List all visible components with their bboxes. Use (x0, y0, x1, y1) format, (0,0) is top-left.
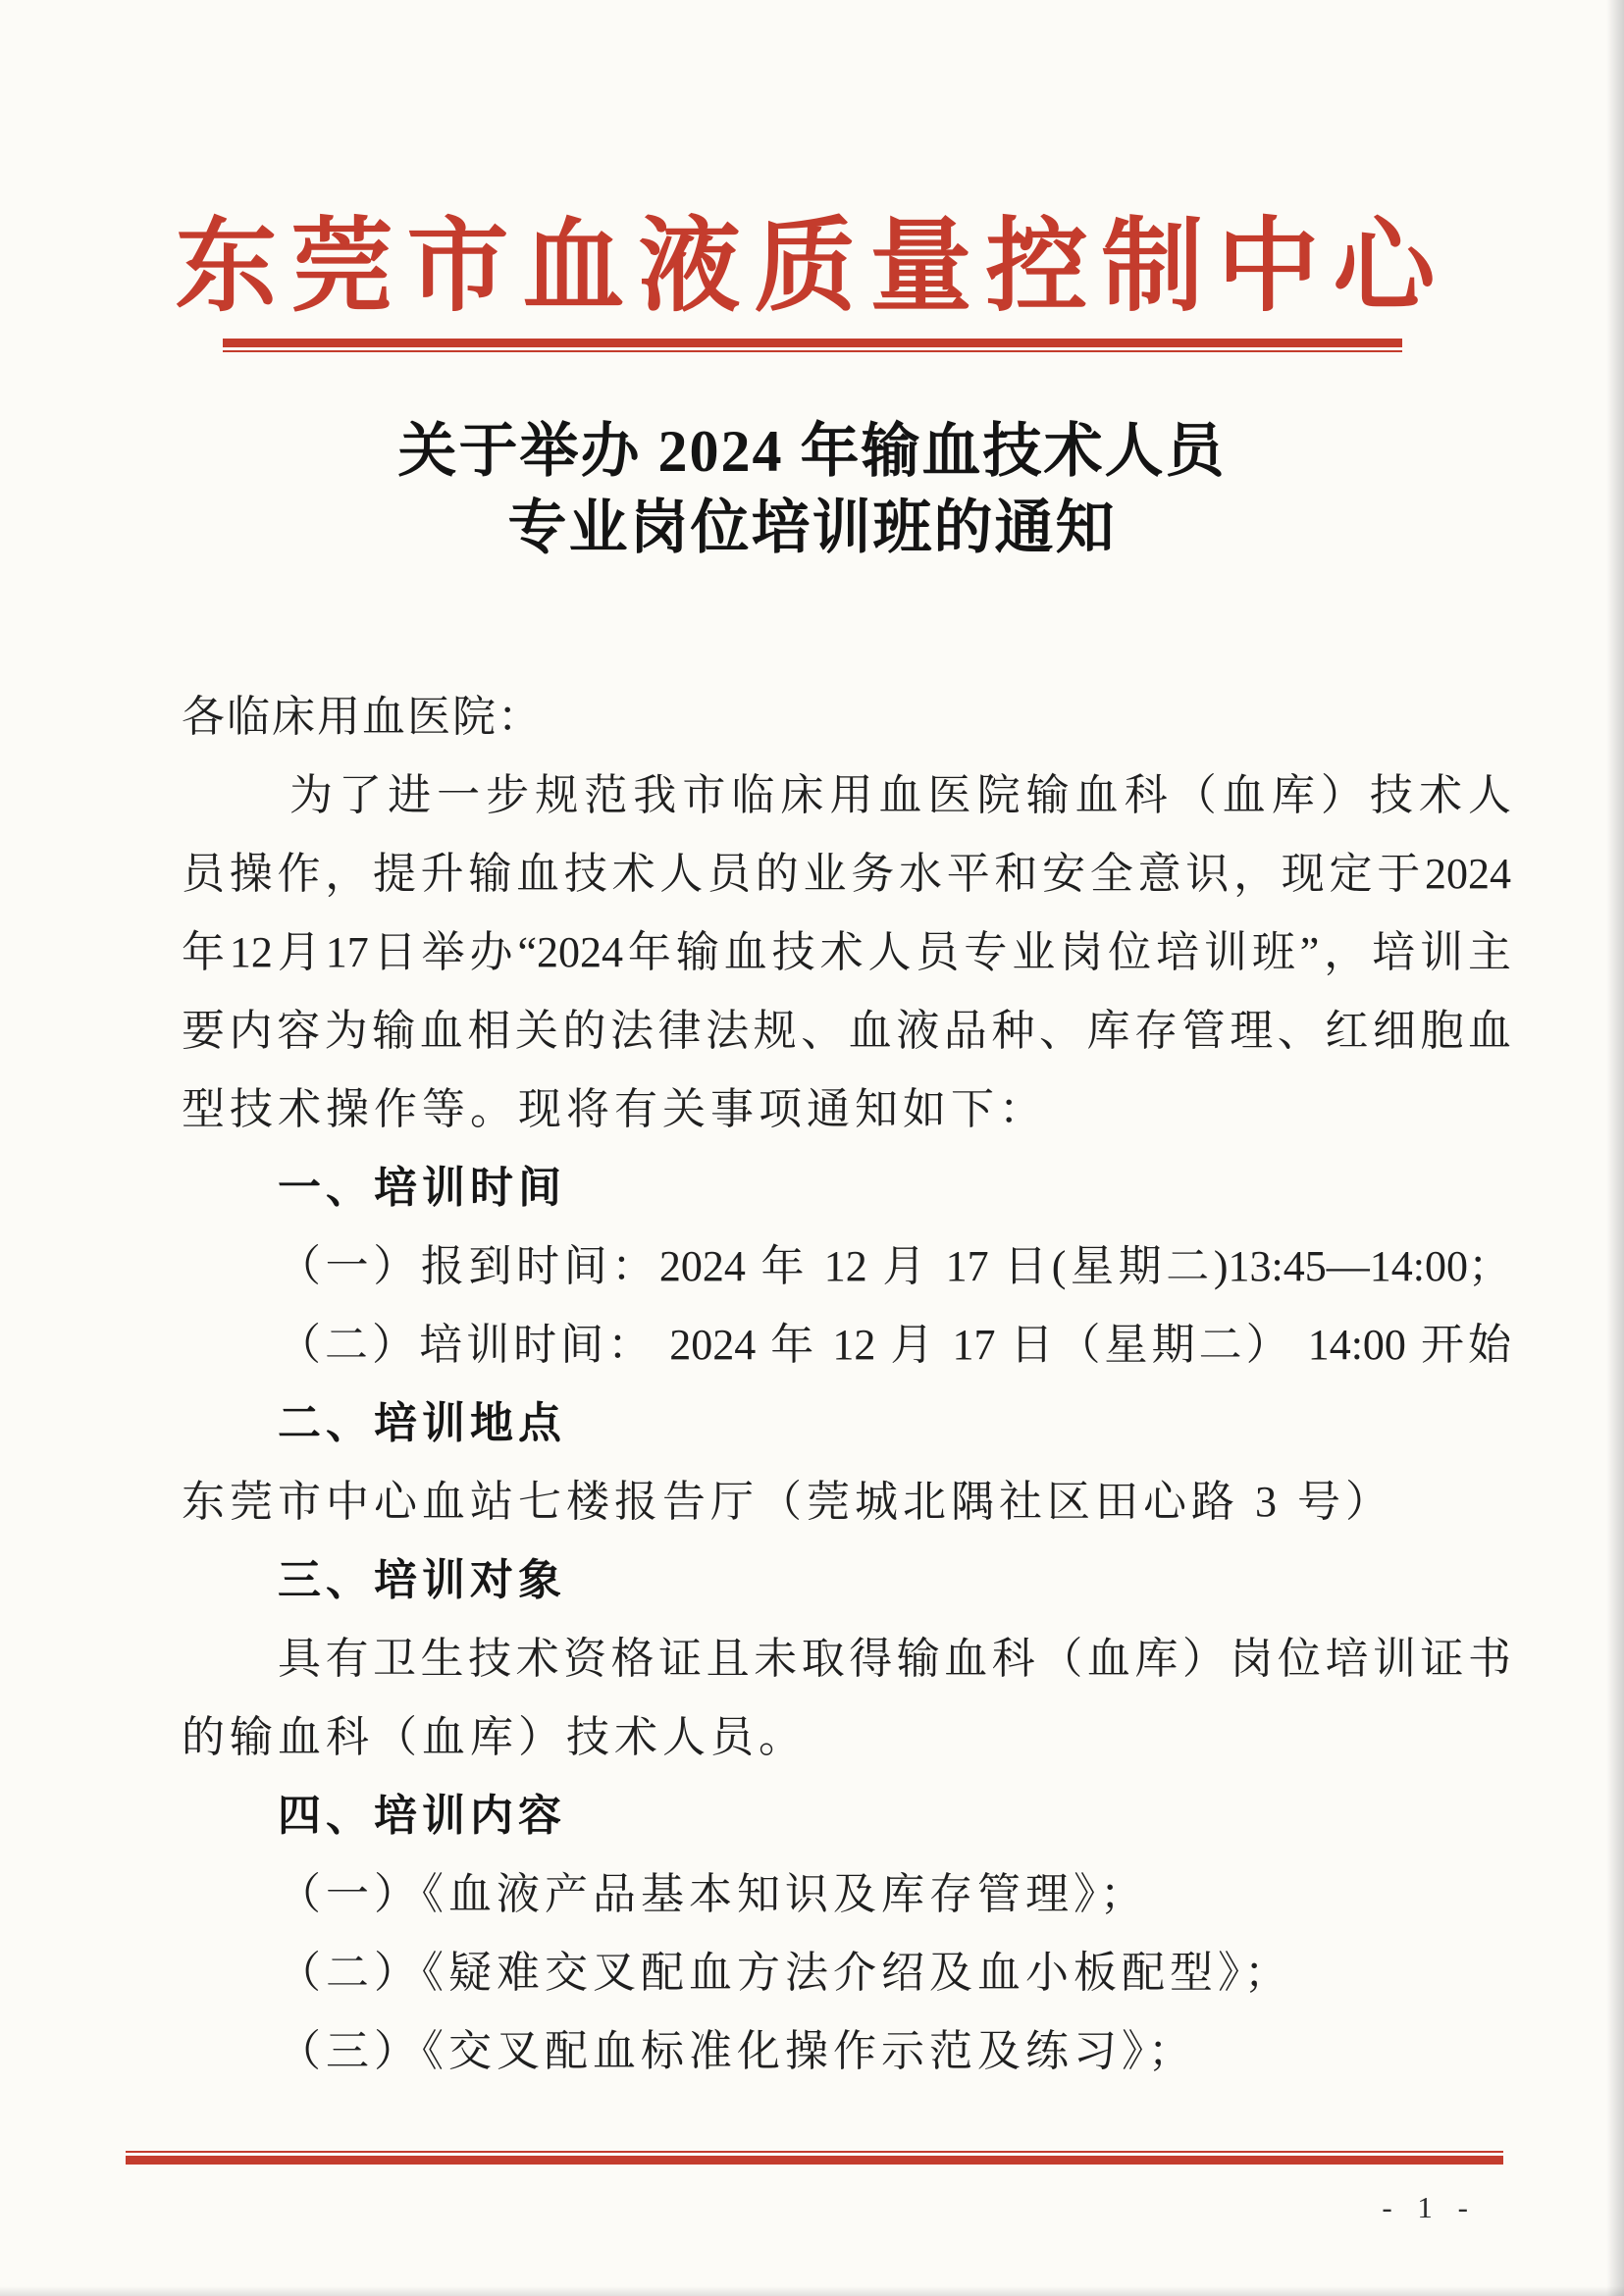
letterhead-rule-thick (223, 339, 1402, 347)
letterhead: 东莞市血液质量控制中心 (0, 0, 1624, 352)
section-item: （二）培训时间： 2024 年 12 月 17 日（星期二） 14:00 开始 (182, 1306, 1511, 1384)
intro-line: 年12月17日举办“2024年输血技术人员专业岗位培训班”，培训主 (182, 913, 1511, 992)
letterhead-title: 东莞市血液质量控制中心 (0, 196, 1624, 339)
section-item: 具有卫生技术资格证且未取得输血科（血库）岗位培训证书 (182, 1620, 1511, 1698)
section-item: 东莞市中心血站七楼报告厅（莞城北隅社区田心路 3 号） (182, 1463, 1511, 1541)
section-heading-training-audience: 三、培训对象 (182, 1541, 1511, 1620)
section-item: （二）《疑难交叉配血方法介绍及血小板配型》； (182, 1934, 1511, 2012)
section-heading-training-location: 二、培训地点 (182, 1384, 1511, 1463)
footer-rule-thin (126, 2151, 1503, 2153)
intro-line: 要内容为输血相关的法律法规、血液品种、库存管理、红细胞血 (182, 992, 1511, 1070)
document-title: 关于举办 2024 年输血技术人员 专业岗位培训班的通知 (0, 413, 1624, 566)
page-number: - 1 - (1382, 2190, 1477, 2225)
document-title-line1: 关于举办 2024 年输血技术人员 (0, 413, 1624, 490)
footer-rules (126, 2151, 1503, 2165)
salutation: 各临床用血医院： (182, 678, 1511, 757)
section-item: 的输血科（血库）技术人员。 (182, 1698, 1511, 1777)
section-heading-training-content: 四、培训内容 (182, 1777, 1511, 1855)
intro-line: 型技术操作等。现将有关事项通知如下： (182, 1070, 1511, 1149)
document-title-line2: 专业岗位培训班的通知 (0, 490, 1624, 566)
footer-rule-thick (126, 2156, 1503, 2165)
intro-line: 员操作，提升输血技术人员的业务水平和安全意识，现定于2024 (182, 835, 1511, 913)
letterhead-rules (223, 339, 1402, 352)
section-heading-training-time: 一、培训时间 (182, 1149, 1511, 1227)
letterhead-rule-thin (223, 350, 1402, 352)
section-item: （三）《交叉配血标准化操作示范及练习》； (182, 2012, 1511, 2091)
section-item: （一）《血液产品基本知识及库存管理》； (182, 1855, 1511, 1934)
document-page: 东莞市血液质量控制中心 关于举办 2024 年输血技术人员 专业岗位培训班的通知… (0, 0, 1624, 2296)
section-item: （一）报到时间：2024 年 12 月 17 日(星期二)13:45—14:00… (182, 1227, 1511, 1306)
intro-line: 为了进一步规范我市临床用血医院输血科（血库）技术人 (182, 757, 1511, 835)
document-body: 各临床用血医院： 为了进一步规范我市临床用血医院输血科（血库）技术人 员操作，提… (182, 678, 1511, 2091)
